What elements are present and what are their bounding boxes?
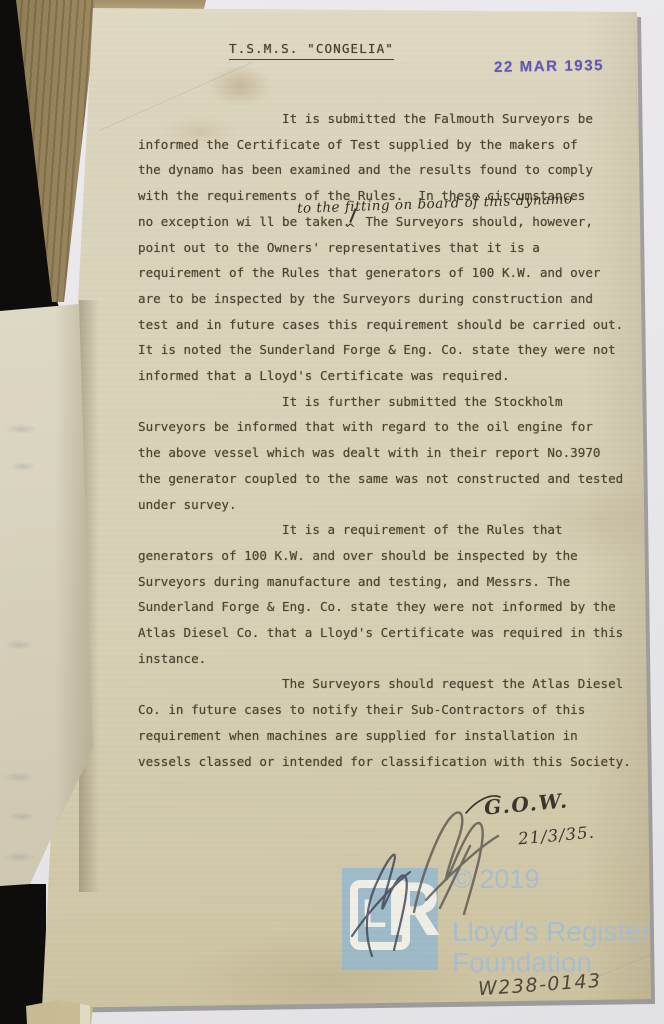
bleedthrough-mark xyxy=(10,462,36,471)
date-received-stamp: 22 MAR 1935 xyxy=(494,57,604,76)
paper-crease xyxy=(99,62,253,132)
handwritten-slash-mark xyxy=(349,208,356,223)
watermark-org-name-line2: Foundation xyxy=(452,947,592,979)
bleedthrough-mark xyxy=(4,424,38,434)
pencil-reference-number: W238-0143 xyxy=(477,970,602,1001)
scanned-document-canvas: T.S.M.S. "CONGELIA" 22 MAR 1935 It is su… xyxy=(0,0,664,1024)
signature-date: 21/3/35. xyxy=(517,823,595,849)
lloyds-register-logo-watermark: L R xyxy=(342,868,438,970)
logo-letter-r: R xyxy=(386,872,441,948)
logo-frame xyxy=(350,880,410,950)
bleedthrough-mark xyxy=(3,852,35,862)
ink-signature-initials: G.O.W. xyxy=(483,788,570,819)
bleedthrough-mark xyxy=(2,772,36,782)
handwritten-insertion: to the fitting on board of this dynamo xyxy=(297,191,573,217)
logo-letter-l: L xyxy=(362,894,386,934)
bleedthrough-mark xyxy=(4,640,34,650)
typewritten-body: It is submitted the Falmouth Surveyors b… xyxy=(138,106,631,774)
watermark-org-name-line1: Lloyd's Register xyxy=(452,916,650,948)
copyright-watermark: © 2019 xyxy=(452,864,539,895)
page-title: T.S.M.S. "CONGELIA" xyxy=(229,41,394,60)
black-backing-board-bottom xyxy=(0,884,46,1024)
document-page: T.S.M.S. "CONGELIA" 22 MAR 1935 It is su… xyxy=(0,0,664,1024)
bleedthrough-mark xyxy=(8,812,36,821)
insertion-caret-mark: ^ xyxy=(345,222,356,237)
